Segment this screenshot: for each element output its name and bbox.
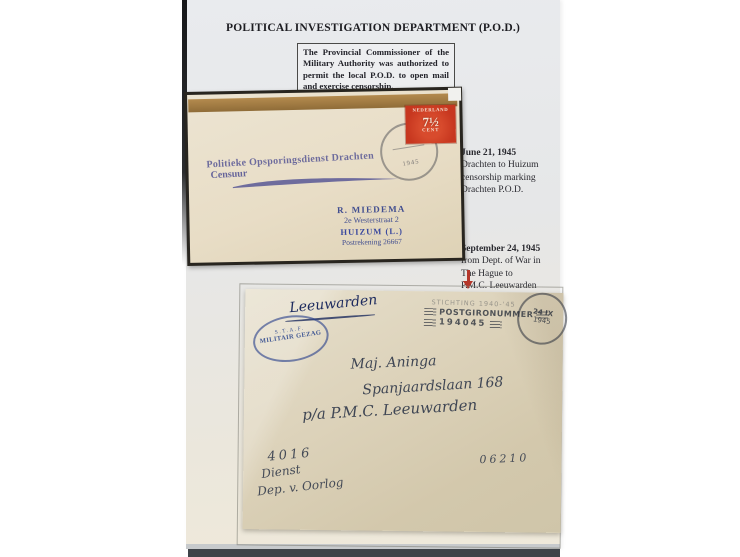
- envelope-1-mount: 1945 NEDERLAND 7½ CENT Politieke Opspori…: [184, 87, 465, 266]
- envelope-2: Leeuwarden S.T.A.F. MILITAIR GEZAG STICH…: [243, 289, 564, 533]
- stamp-country: NEDERLAND: [405, 108, 455, 114]
- postmark-bar: [392, 144, 424, 150]
- caption-date: June 21, 1945: [461, 147, 569, 159]
- caption-date: September 24, 1945: [461, 243, 569, 255]
- caption-line: from Dept. of War in: [461, 255, 569, 267]
- cancel-number-line: 194045: [439, 317, 487, 328]
- sender-note-dienst: Dienst: [261, 462, 302, 481]
- cancel-bars: [489, 320, 501, 327]
- stamp-unit: CENT: [406, 128, 456, 134]
- caption-line: The Hague to: [461, 268, 569, 280]
- photo-corner-mount: [448, 88, 461, 101]
- cancel-bars: [424, 318, 436, 325]
- sender-note-number: 4016: [267, 446, 313, 465]
- envelope-1: 1945 NEDERLAND 7½ CENT Politieke Opspori…: [187, 90, 462, 263]
- cancel-bars: [424, 308, 436, 315]
- caption-line: Drachten to Huizum: [461, 159, 569, 171]
- caption-line: Drachten P.O.D.: [461, 184, 569, 196]
- exhibit-page-photo: POLITICAL INVESTIGATION DEPARTMENT (P.O.…: [0, 0, 740, 557]
- handwritten-address-name: Maj. Aninga: [350, 353, 436, 372]
- censor-handstamp-line1: Politieke Opsporingsdienst Drachten: [206, 150, 374, 170]
- nederland-stamp: NEDERLAND 7½ CENT: [405, 105, 456, 144]
- handwritten-address-city: p/a P.M.C. Leeuwarden: [302, 396, 478, 424]
- reference-number: 06210: [479, 451, 529, 466]
- envelope-1-address: R. MIEDEMA 2e Westerstraat 2 HUIZUM (L.)…: [301, 202, 442, 249]
- handwritten-endorsement: Leeuwarden: [289, 292, 378, 316]
- page-title: POLITICAL INVESTIGATION DEPARTMENT (P.O.…: [186, 22, 560, 34]
- caption-june-21-1945: June 21, 1945 Drachten to Huizum censors…: [461, 147, 569, 196]
- caption-line: censorship marking: [461, 172, 569, 184]
- addressee-giro: Postrekening 26667: [302, 236, 442, 249]
- postmark-year: 1945: [384, 155, 438, 170]
- stamp-value: 7½: [405, 115, 455, 129]
- table-shadow-strip: [188, 549, 560, 557]
- censor-swoosh-flourish: [231, 175, 403, 190]
- hague-datestamp: 24 IX 1945: [513, 289, 570, 348]
- handwritten-address-street: Spanjaardslaan 168: [362, 374, 504, 398]
